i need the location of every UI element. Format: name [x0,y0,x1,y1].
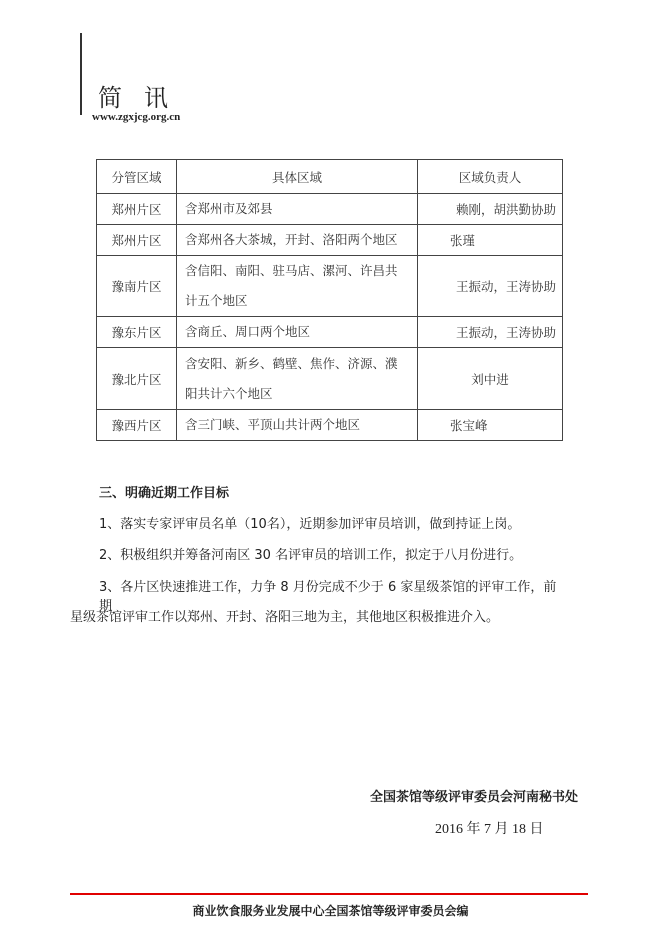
website-url: www.zgxjcg.org.cn [92,111,180,123]
footer-red-rule [70,893,588,895]
table-row: 豫东片区 含商丘、周口两个地区 王振动，王涛协助 [97,317,563,348]
table-row: 豫西片区 含三门峡、平顶山共计两个地区 张宝峰 [97,410,563,441]
newsletter-title: 简讯 [98,78,190,113]
detail-cell: 含安阳、新乡、鹤壁、焦作、济源、濮阳共计六个地区 [177,348,418,410]
goal-item-continued: 星级茶馆评审工作以郑州、开封、洛阳三地为主，其他地区积极推进介入。 [70,606,499,625]
detail-cell: 含商丘、周口两个地区 [177,317,418,348]
column-header: 区域负责人 [418,160,563,194]
lead-cell: 王振动，王涛协助 [418,317,563,348]
table-row: 豫南片区 含信阳、南阳、驻马店、漯河、许昌共计五个地区 王振动，王涛协助 [97,256,563,317]
detail-cell: 含郑州各大茶城，开封、洛阳两个地区 [177,225,418,256]
area-cell: 郑州片区 [97,225,177,256]
header-vertical-rule [80,33,82,115]
lead-cell: 张瑾 [418,225,563,256]
footer-publisher: 商业饮食服务业发展中心全国茶馆等级评审委员会编 [0,902,661,919]
section-heading: 三、明确近期工作目标 [99,482,229,501]
column-header: 分管区域 [97,160,177,194]
area-cell: 豫西片区 [97,410,177,441]
area-cell: 豫南片区 [97,256,177,317]
table-header-row: 分管区域 具体区域 区域负责人 [97,160,563,194]
area-cell: 豫东片区 [97,317,177,348]
lead-cell: 赖刚，胡洪勤协助 [418,194,563,225]
lead-cell: 刘中进 [418,348,563,410]
region-assignment-table: 分管区域 具体区域 区域负责人 郑州片区 含郑州市及郊县 赖刚，胡洪勤协助 郑州… [96,159,563,441]
detail-cell: 含郑州市及郊县 [177,194,418,225]
lead-cell: 张宝峰 [418,410,563,441]
lead-cell: 王振动，王涛协助 [418,256,563,317]
detail-cell: 含信阳、南阳、驻马店、漯河、许昌共计五个地区 [177,256,418,317]
area-cell: 郑州片区 [97,194,177,225]
goal-item: 1、落实专家评审员名单（10名），近期参加评审员培训，做到持证上岗。 [99,513,520,532]
signature-date: 2016 年 7 月 18 日 [435,818,544,838]
table-row: 郑州片区 含郑州市及郊县 赖刚，胡洪勤协助 [97,194,563,225]
table-row: 郑州片区 含郑州各大茶城，开封、洛阳两个地区 张瑾 [97,225,563,256]
column-header: 具体区域 [177,160,418,194]
signature-organization: 全国茶馆等级评审委员会河南秘书处 [370,786,578,805]
area-cell: 豫北片区 [97,348,177,410]
table-row: 豫北片区 含安阳、新乡、鹤壁、焦作、济源、濮阳共计六个地区 刘中进 [97,348,563,410]
goal-item: 2、积极组织并筹备河南区 30 名评审员的培训工作，拟定于八月份进行。 [99,544,522,563]
detail-cell: 含三门峡、平顶山共计两个地区 [177,410,418,441]
